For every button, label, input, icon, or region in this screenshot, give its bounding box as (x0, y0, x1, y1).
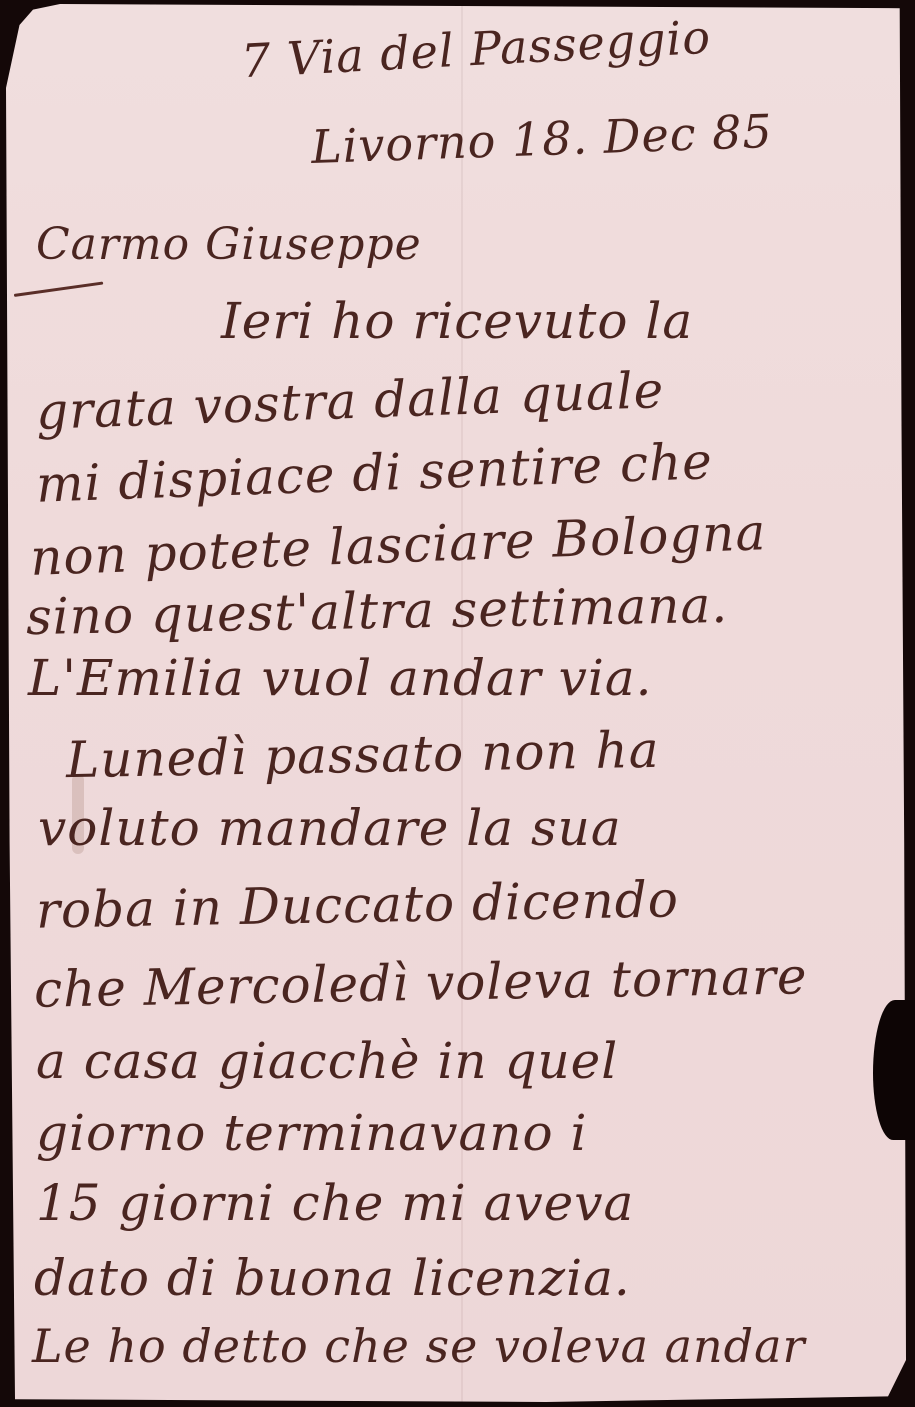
body-line-5: sino quest'altra settimana. (26, 576, 729, 646)
body-line-6: L'Emilia vuol andar via. (28, 649, 653, 707)
body-line-3: mi dispiace di sentire che (35, 432, 713, 514)
body-line-7: Lunedì passato non ha (66, 721, 660, 789)
place-date-line: Livorno 18. Dec 85 (310, 104, 773, 174)
address-line: 7 Via del Passeggio (240, 10, 712, 89)
body-line-8: voluto mandare la sua (38, 799, 622, 857)
body-line-1: Ieri ho ricevuto la (221, 292, 693, 350)
body-line-11: a casa giacchè in quel (36, 1032, 618, 1090)
body-line-10: che Mercoledì voleva tornare (34, 947, 808, 1018)
salutation: Carmo Giuseppe (36, 219, 422, 270)
body-line-14: dato di buona licenzia. (34, 1249, 631, 1307)
torn-edge-hole (873, 1000, 915, 1140)
body-line-15: Le ho detto che se voleva andar (32, 1319, 806, 1373)
salutation-flourish (14, 281, 104, 296)
body-line-9: roba in Duccato dicendo (36, 870, 680, 939)
body-line-12: giorno terminavano i (36, 1104, 587, 1162)
letter-page: 7 Via del Passeggio Livorno 18. Dec 85 C… (6, 4, 906, 1402)
body-line-2: grata vostra dalla quale (35, 361, 665, 441)
body-line-4: non potete lasciare Bologna (29, 503, 767, 587)
body-line-13: 15 giorni che mi aveva (36, 1174, 634, 1232)
